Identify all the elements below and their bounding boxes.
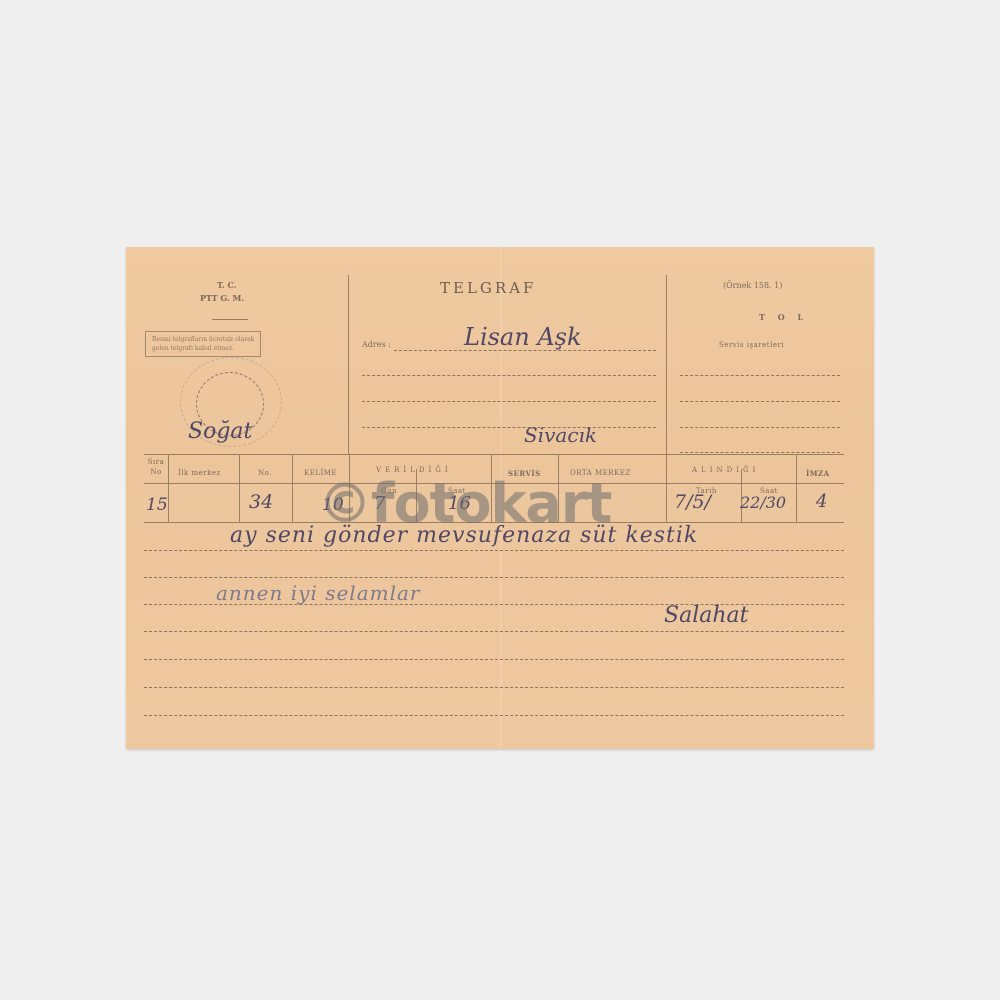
address-line-4	[362, 427, 656, 428]
form-number: (Örnek 158. 1)	[723, 281, 782, 290]
header-sira-no: Sıra No	[146, 457, 166, 477]
header-ilk-merkez: İlk merkez	[178, 469, 221, 477]
header-alindigi: ALINDIĞI	[692, 466, 759, 474]
service-code: T O L	[759, 312, 808, 322]
notice-line-2: gelen telgrafı kabul etmez.	[152, 344, 254, 353]
table-top-rule	[144, 454, 844, 455]
address-line-3	[362, 401, 656, 402]
service-label: Servis işaretleri	[719, 341, 784, 349]
recipient-name: Lisan Aşk	[464, 323, 582, 351]
message-text-line-2: annen iyi selamlar	[216, 581, 420, 605]
message-line-2	[144, 577, 844, 578]
cell-imza: 4	[816, 491, 827, 512]
col-sep	[168, 454, 169, 522]
address-label: Adres :	[362, 340, 391, 349]
service-line-4	[680, 452, 840, 453]
notice-box: Resmi telgrafların ücretsiz olarak gelen…	[145, 331, 261, 357]
header-tc: T. C.	[217, 280, 237, 290]
divider-left	[348, 275, 349, 455]
destination-city: Sivacık	[524, 423, 597, 447]
watermark: ©fotokart	[318, 472, 611, 535]
message-line-5	[144, 659, 844, 660]
col-sep	[666, 454, 667, 522]
sender-signature: Salahat	[664, 603, 748, 628]
header-imza: İMZA	[806, 469, 830, 478]
message-line-7	[144, 715, 844, 716]
header-no: No.	[258, 469, 272, 477]
cell-alindigi-saat: 22/30	[740, 493, 786, 512]
service-line-3	[680, 427, 840, 428]
cell-sira-no: 15	[146, 495, 168, 515]
col-sep	[292, 454, 293, 522]
address-line-2	[362, 375, 656, 376]
message-line-6	[144, 687, 844, 688]
notice-line-1: Resmi telgrafların ücretsiz olarak	[152, 335, 254, 344]
cell-alindigi-tarih: 7/5/	[674, 491, 711, 513]
origin-city: Soğat	[188, 419, 252, 444]
cell-no: 34	[249, 491, 273, 513]
form-title: TELGRAF	[440, 279, 536, 297]
header-ptt: PTT G. M.	[200, 293, 244, 303]
col-sep	[796, 454, 797, 522]
col-sep	[239, 454, 240, 522]
service-line-2	[680, 401, 840, 402]
message-line-1	[144, 550, 844, 551]
service-line-1	[680, 375, 840, 376]
message-line-4	[144, 631, 844, 632]
header-rule	[212, 319, 248, 320]
divider-right	[666, 275, 667, 455]
